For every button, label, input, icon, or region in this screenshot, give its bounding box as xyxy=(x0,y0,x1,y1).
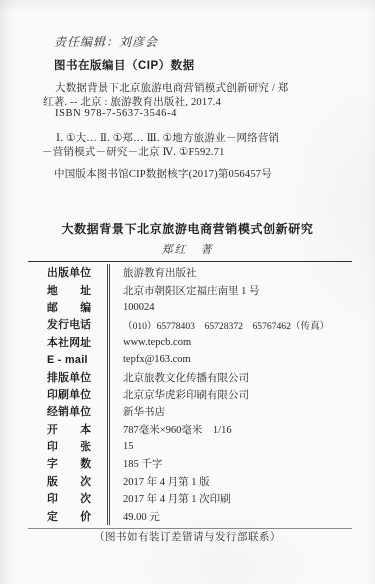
cip-heading: 图书在版编目（CIP）数据 xyxy=(54,57,195,73)
colophon-value: 15 xyxy=(107,438,352,455)
book-title: 大数据背景下北京旅游电商营销模式创新研究 xyxy=(0,220,375,237)
colophon-label: 版 次 xyxy=(28,474,107,489)
colophon-row: E - mail tepfx@163.com xyxy=(28,351,352,368)
colophon-row: 出版单位 旅游教育出版社 xyxy=(28,264,352,281)
colophon-value: 787毫米×960毫米 1/16 xyxy=(107,421,352,438)
responsible-editor-line: 责任编辑：刘彦会 xyxy=(54,33,158,50)
colophon-row: 经销单位 新华书店 xyxy=(28,403,352,420)
colophon-row: 印刷单位 北京京华虎彩印刷有限公司 xyxy=(28,386,352,403)
colophon-value: www.tepcb.com xyxy=(107,334,352,351)
cip-entry-line1: 大数据背景下北京旅游电商营销模式创新研究 / 郑 xyxy=(55,80,288,95)
colophon-value: 49.00 元 xyxy=(107,507,352,524)
colophon-row: 字 数 185 千字 xyxy=(28,455,352,472)
colophon-label: 开 本 xyxy=(28,422,107,437)
colophon-label: 地 址 xyxy=(28,283,107,298)
colophon-value: 北京旅教文化传播有限公司 xyxy=(107,368,352,385)
colophon-label: 排版单位 xyxy=(28,370,107,385)
colophon-value: 旅游教育出版社 xyxy=(107,264,352,281)
copyright-page: 责任编辑：刘彦会 图书在版编目（CIP）数据 大数据背景下北京旅游电商营销模式创… xyxy=(0,0,375,584)
colophon-label: 印 次 xyxy=(28,491,107,506)
colophon-label: 本社网址 xyxy=(28,335,107,350)
colophon-row: 发行电话 （010）65778403 65728372 65767462（传真） xyxy=(28,316,352,333)
colophon-row: 排版单位 北京旅教文化传播有限公司 xyxy=(28,368,352,385)
colophon-row: 印 张 15 xyxy=(28,438,352,455)
colophon-value: （010）65778403 65728372 65767462（传真） xyxy=(107,316,352,333)
colophon-label: 印 张 xyxy=(28,439,107,454)
colophon-table: 出版单位 旅游教育出版社 地 址 北京市朝阳区定福庄南里 1 号 邮 编 100… xyxy=(28,261,352,529)
colophon-label: 定 价 xyxy=(28,509,107,524)
colophon-value: 新华书店 xyxy=(107,403,352,420)
colophon-row: 版 次 2017 年 4 月第 1 版 xyxy=(28,473,352,490)
colophon-value: 100024 xyxy=(107,299,352,316)
colophon-value: tepfx@163.com xyxy=(107,351,352,368)
colophon-value: 185 千字 xyxy=(107,455,352,472)
colophon-row: 印 次 2017 年 4 月第 1 次印刷 xyxy=(28,490,352,507)
colophon-value: 北京京华虎彩印刷有限公司 xyxy=(107,386,352,403)
colophon-label: E - mail xyxy=(28,354,107,366)
colophon-label: 出版单位 xyxy=(28,265,107,280)
colophon-label: 发行电话 xyxy=(28,317,107,332)
colophon-label: 邮 编 xyxy=(28,300,107,315)
author-line: 郑红 著 xyxy=(0,241,375,257)
colophon-value: 北京市朝阳区定福庄南里 1 号 xyxy=(107,281,352,298)
colophon-row: 开 本 787毫米×960毫米 1/16 xyxy=(28,421,352,438)
colophon-label: 经销单位 xyxy=(28,404,107,419)
binding-error-note: （图书如有装订差错请与发行部联系） xyxy=(0,529,375,544)
cip-classification-line1: Ⅰ. ①大… Ⅱ. ①郑… Ⅲ. ①地方旅游业－网络营销 xyxy=(56,130,279,145)
colophon-row: 定 价 49.00 元 xyxy=(28,507,352,524)
cip-record-number-line: 中国版本图书馆CIP数据核字(2017)第056457号 xyxy=(54,166,272,181)
cip-classification-line2: －营销模式－研究－北京 Ⅳ. ①F592.71 xyxy=(42,144,225,159)
colophon-value: 2017 年 4 月第 1 次印刷 xyxy=(107,490,352,507)
isbn-line: ISBN 978-7-5637-3546-4 xyxy=(55,108,177,119)
colophon-value: 2017 年 4 月第 1 版 xyxy=(107,473,352,490)
colophon-label: 字 数 xyxy=(28,456,107,471)
colophon-row: 邮 编 100024 xyxy=(28,299,352,316)
colophon-row: 地 址 北京市朝阳区定福庄南里 1 号 xyxy=(28,281,352,298)
colophon-label: 印刷单位 xyxy=(28,387,107,402)
colophon-row: 本社网址 www.tepcb.com xyxy=(28,334,352,351)
cip-entry-line2: 红著. -- 北京 : 旅游教育出版社, 2017.4 xyxy=(43,94,221,109)
